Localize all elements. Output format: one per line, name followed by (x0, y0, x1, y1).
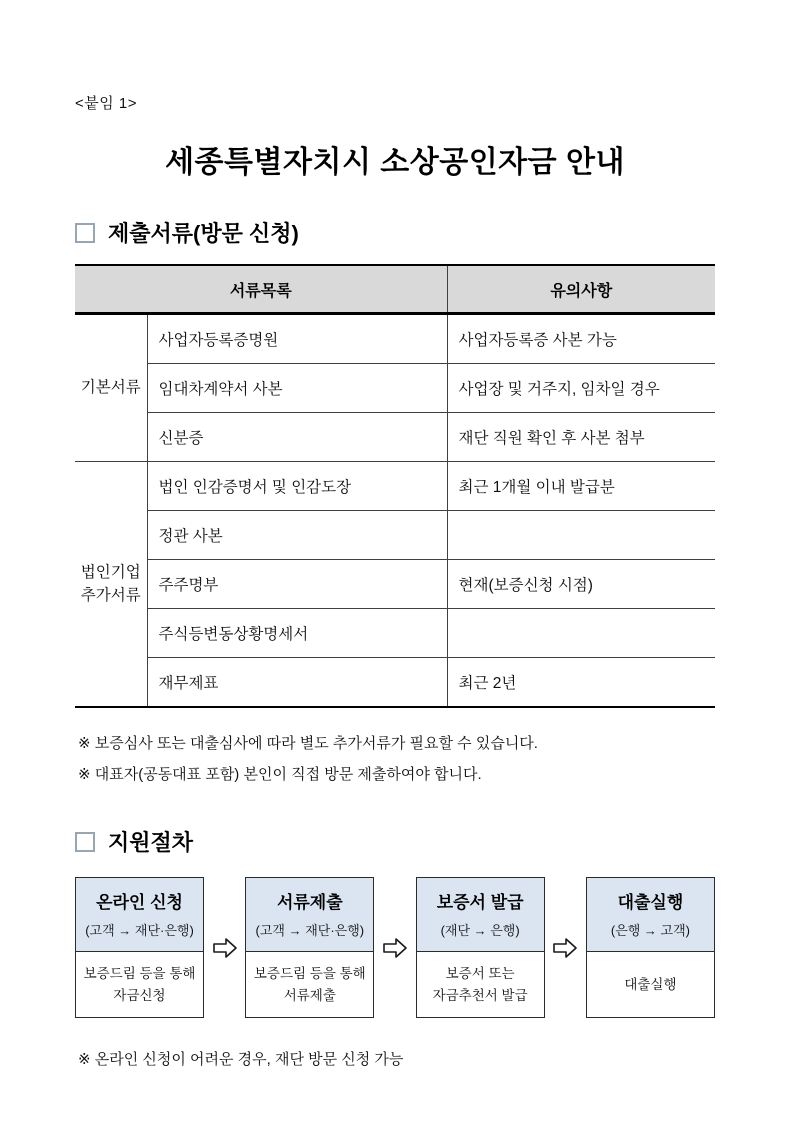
flow-step-header: 대출실행 (은행 → 고객) (587, 878, 714, 952)
flow-step-body-line: 보증드림 등을 통해 (246, 963, 373, 985)
procedure-footnote: ※ 온라인 신청이 어려운 경우, 재단 방문 신청 가능 (75, 1048, 715, 1069)
section-heading-documents-label: 제출서류(방문 신청) (108, 217, 299, 248)
flow-arrow-icon (382, 937, 408, 959)
square-bullet-icon (75, 223, 95, 243)
doc-cell: 법인 인감증명서 및 인감도장 (147, 462, 447, 511)
flow-step-guarantee-issuance: 보증서 발급 (재단 → 은행) 보증서 또는 자금추천서 발급 (416, 877, 545, 1018)
section-heading-procedure-label: 지원절차 (108, 826, 193, 857)
doc-cell: 재무제표 (147, 658, 447, 708)
category-cell-basic: 기본서류 (75, 314, 147, 462)
flow-step-subtitle: (재단 → 은행) (417, 920, 544, 939)
flow-step-subtitle: (고객 → 재단·은행) (76, 920, 203, 939)
table-row: 정관 사본 (75, 511, 715, 560)
flow-step-body-line: 보증드림 등을 통해 (76, 963, 203, 985)
footnote-line: ※ 대표자(공동대표 포함) 본인이 직접 방문 제출하여야 합니다. (78, 759, 715, 790)
flow-step-body: 보증서 또는 자금추천서 발급 (417, 952, 544, 1017)
flow-step-body-line: 서류제출 (246, 985, 373, 1007)
section-heading-procedure: 지원절차 (75, 826, 715, 857)
note-cell: 최근 1개월 이내 발급분 (447, 462, 715, 511)
flow-step-title: 대출실행 (587, 888, 714, 913)
flow-step-title: 서류제출 (246, 888, 373, 913)
note-cell: 현재(보증신청 시점) (447, 560, 715, 609)
table-row: 임대차계약서 사본 사업장 및 거주지, 임차일 경우 (75, 364, 715, 413)
table-row: 재무제표 최근 2년 (75, 658, 715, 708)
section-heading-documents: 제출서류(방문 신청) (75, 217, 715, 248)
table-row: 법인기업 추가서류 법인 인감증명서 및 인감도장 최근 1개월 이내 발급분 (75, 462, 715, 511)
category-cell-corporate: 법인기업 추가서류 (75, 462, 147, 708)
flow-step-subtitle: (은행 → 고객) (587, 920, 714, 939)
table-row: 주주명부 현재(보증신청 시점) (75, 560, 715, 609)
square-bullet-icon (75, 832, 95, 852)
flow-step-online-application: 온라인 신청 (고객 → 재단·은행) 보증드림 등을 통해 자금신청 (75, 877, 204, 1018)
note-cell: 사업자등록증 사본 가능 (447, 314, 715, 364)
doc-cell: 임대차계약서 사본 (147, 364, 447, 413)
flow-step-body-line: 자금신청 (76, 985, 203, 1007)
flow-step-header: 보증서 발급 (재단 → 은행) (417, 878, 544, 952)
flow-step-header: 서류제출 (고객 → 재단·은행) (246, 878, 373, 952)
table-header-doc-list: 서류목록 (75, 265, 447, 314)
doc-cell: 주식등변동상황명세서 (147, 609, 447, 658)
flow-step-body-line: 대출실행 (587, 974, 714, 996)
note-cell: 최근 2년 (447, 658, 715, 708)
note-cell (447, 511, 715, 560)
note-cell: 사업장 및 거주지, 임차일 경우 (447, 364, 715, 413)
flow-step-header: 온라인 신청 (고객 → 재단·은행) (76, 878, 203, 952)
table-header-row: 서류목록 유의사항 (75, 265, 715, 314)
flow-step-subtitle: (고객 → 재단·은행) (246, 920, 373, 939)
page-title: 세종특별자치시 소상공인자금 안내 (75, 137, 715, 181)
table-row: 신분증 재단 직원 확인 후 사본 첨부 (75, 413, 715, 462)
table-row: 주식등변동상황명세서 (75, 609, 715, 658)
note-cell: 재단 직원 확인 후 사본 첨부 (447, 413, 715, 462)
flow-step-body: 보증드림 등을 통해 서류제출 (246, 952, 373, 1017)
doc-cell: 사업자등록증명원 (147, 314, 447, 364)
flow-step-body-line: 자금추천서 발급 (417, 985, 544, 1007)
flow-step-title: 보증서 발급 (417, 888, 544, 913)
attachment-label: <붙임 1> (75, 92, 715, 113)
table-header-notes: 유의사항 (447, 265, 715, 314)
flow-step-title: 온라인 신청 (76, 888, 203, 913)
flow-step-body: 보증드림 등을 통해 자금신청 (76, 952, 203, 1017)
note-cell (447, 609, 715, 658)
document-page: <붙임 1> 세종특별자치시 소상공인자금 안내 제출서류(방문 신청) 서류목… (0, 0, 793, 1122)
table-row: 기본서류 사업자등록증명원 사업자등록증 사본 가능 (75, 314, 715, 364)
doc-cell: 정관 사본 (147, 511, 447, 560)
flow-step-document-submission: 서류제출 (고객 → 재단·은행) 보증드림 등을 통해 서류제출 (245, 877, 374, 1018)
doc-cell: 주주명부 (147, 560, 447, 609)
flow-step-loan-execution: 대출실행 (은행 → 고객) 대출실행 (586, 877, 715, 1018)
documents-table: 서류목록 유의사항 기본서류 사업자등록증명원 사업자등록증 사본 가능 임대차… (75, 264, 715, 708)
footnote-line: ※ 보증심사 또는 대출심사에 따라 별도 추가서류가 필요할 수 있습니다. (78, 728, 715, 759)
flow-step-body: 대출실행 (587, 952, 714, 1017)
flow-arrow-icon (212, 937, 238, 959)
doc-cell: 신분증 (147, 413, 447, 462)
flow-arrow-icon (552, 937, 578, 959)
procedure-flow: 온라인 신청 (고객 → 재단·은행) 보증드림 등을 통해 자금신청 서류제출… (75, 877, 715, 1018)
flow-step-body-line: 보증서 또는 (417, 963, 544, 985)
documents-footnotes: ※ 보증심사 또는 대출심사에 따라 별도 추가서류가 필요할 수 있습니다. … (75, 728, 715, 790)
